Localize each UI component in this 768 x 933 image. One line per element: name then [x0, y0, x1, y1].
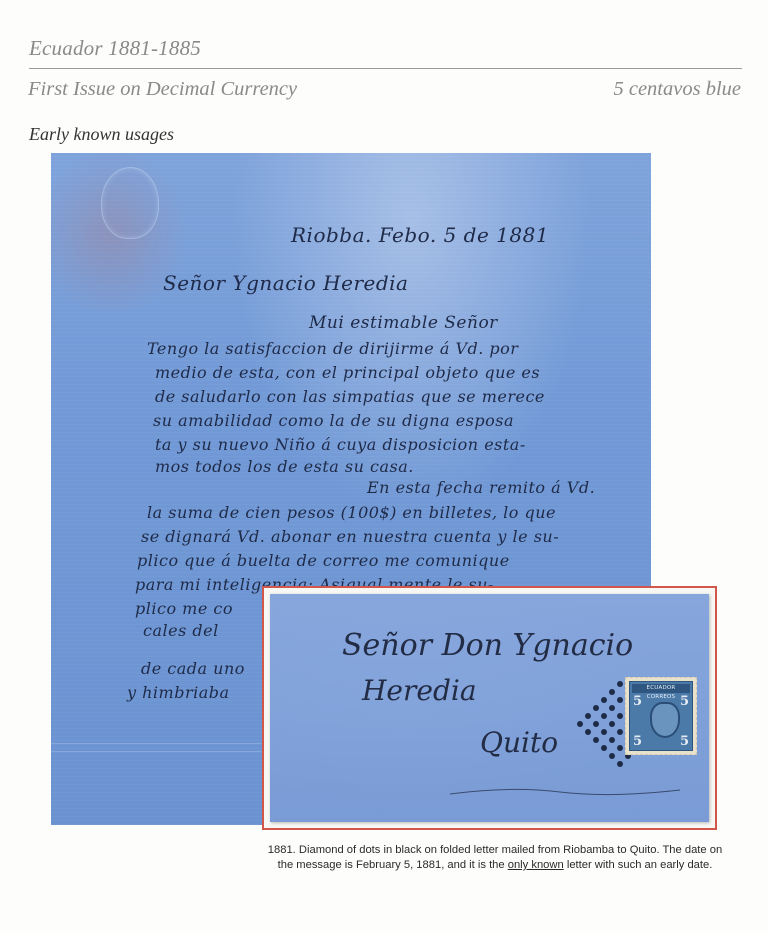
- cover-image-frame: Señor Don Ygnacio Heredia Quito: [262, 586, 717, 830]
- cover-image: Señor Don Ygnacio Heredia Quito: [270, 594, 709, 822]
- caption-emphasis: only known: [508, 859, 564, 871]
- letter-salutation: Mui estimable Señor: [309, 313, 498, 333]
- postage-stamp: ECUADOR CORREOS 5 5 5 5: [625, 677, 697, 755]
- letter-line: mos todos los de esta su casa.: [155, 457, 414, 476]
- stamp-value-bottom-left: 5: [633, 734, 642, 749]
- header-divider: [29, 68, 742, 69]
- cover-address-line1: Señor Don Ygnacio: [342, 628, 633, 663]
- stamp-value-bottom-right: 5: [680, 734, 689, 749]
- letter-line: y himbriaba: [127, 683, 230, 702]
- section-heading: Early known usages: [29, 124, 174, 145]
- letter-line: cales del: [143, 621, 219, 640]
- flourish-icon: [450, 784, 680, 804]
- letter-line: En esta fecha remito á Vd.: [367, 478, 595, 497]
- cover-address-line2: Heredia: [362, 674, 477, 707]
- page-title: Ecuador 1881-1885: [29, 36, 201, 61]
- letter-line: su amabilidad como la de su digna esposa: [153, 411, 514, 430]
- letter-addressee: Señor Ygnacio Heredia: [163, 271, 408, 295]
- cover-address-line3: Quito: [480, 726, 558, 759]
- letter-line: ta y su nuevo Niño á cuya disposicion es…: [155, 435, 526, 454]
- image-caption: 1881. Diamond of dots in black on folded…: [262, 843, 728, 873]
- page-subtitle: First Issue on Decimal Currency: [28, 78, 297, 101]
- coat-of-arms-icon: [650, 702, 680, 738]
- letter-line: de cada uno: [141, 659, 245, 678]
- letter-line: Tengo la satisfaccion de dirijirme á Vd.…: [147, 339, 518, 358]
- stamp-top-text: ECUADOR CORREOS: [632, 684, 690, 693]
- stamp-value-top-right: 5: [680, 694, 689, 709]
- letter-line: la suma de cien pesos (100$) en billetes…: [147, 503, 556, 522]
- stamp-denomination: 5 centavos blue: [613, 78, 741, 101]
- embossed-crest-icon: [101, 167, 159, 239]
- letter-line: de saludarlo con las simpatias que se me…: [155, 387, 545, 406]
- letter-dateline: Riobba. Febo. 5 de 1881: [291, 223, 549, 247]
- letter-line: medio de esta, con el principal objeto q…: [155, 363, 540, 382]
- letter-line: plico que á buelta de correo me comuniqu…: [137, 551, 510, 570]
- letter-line: se dignará Vd. abonar en nuestra cuenta …: [141, 527, 559, 546]
- caption-text-end: letter with such an early date.: [564, 859, 713, 871]
- letter-line: plico me co: [135, 599, 233, 618]
- stamp-value-top-left: 5: [633, 694, 642, 709]
